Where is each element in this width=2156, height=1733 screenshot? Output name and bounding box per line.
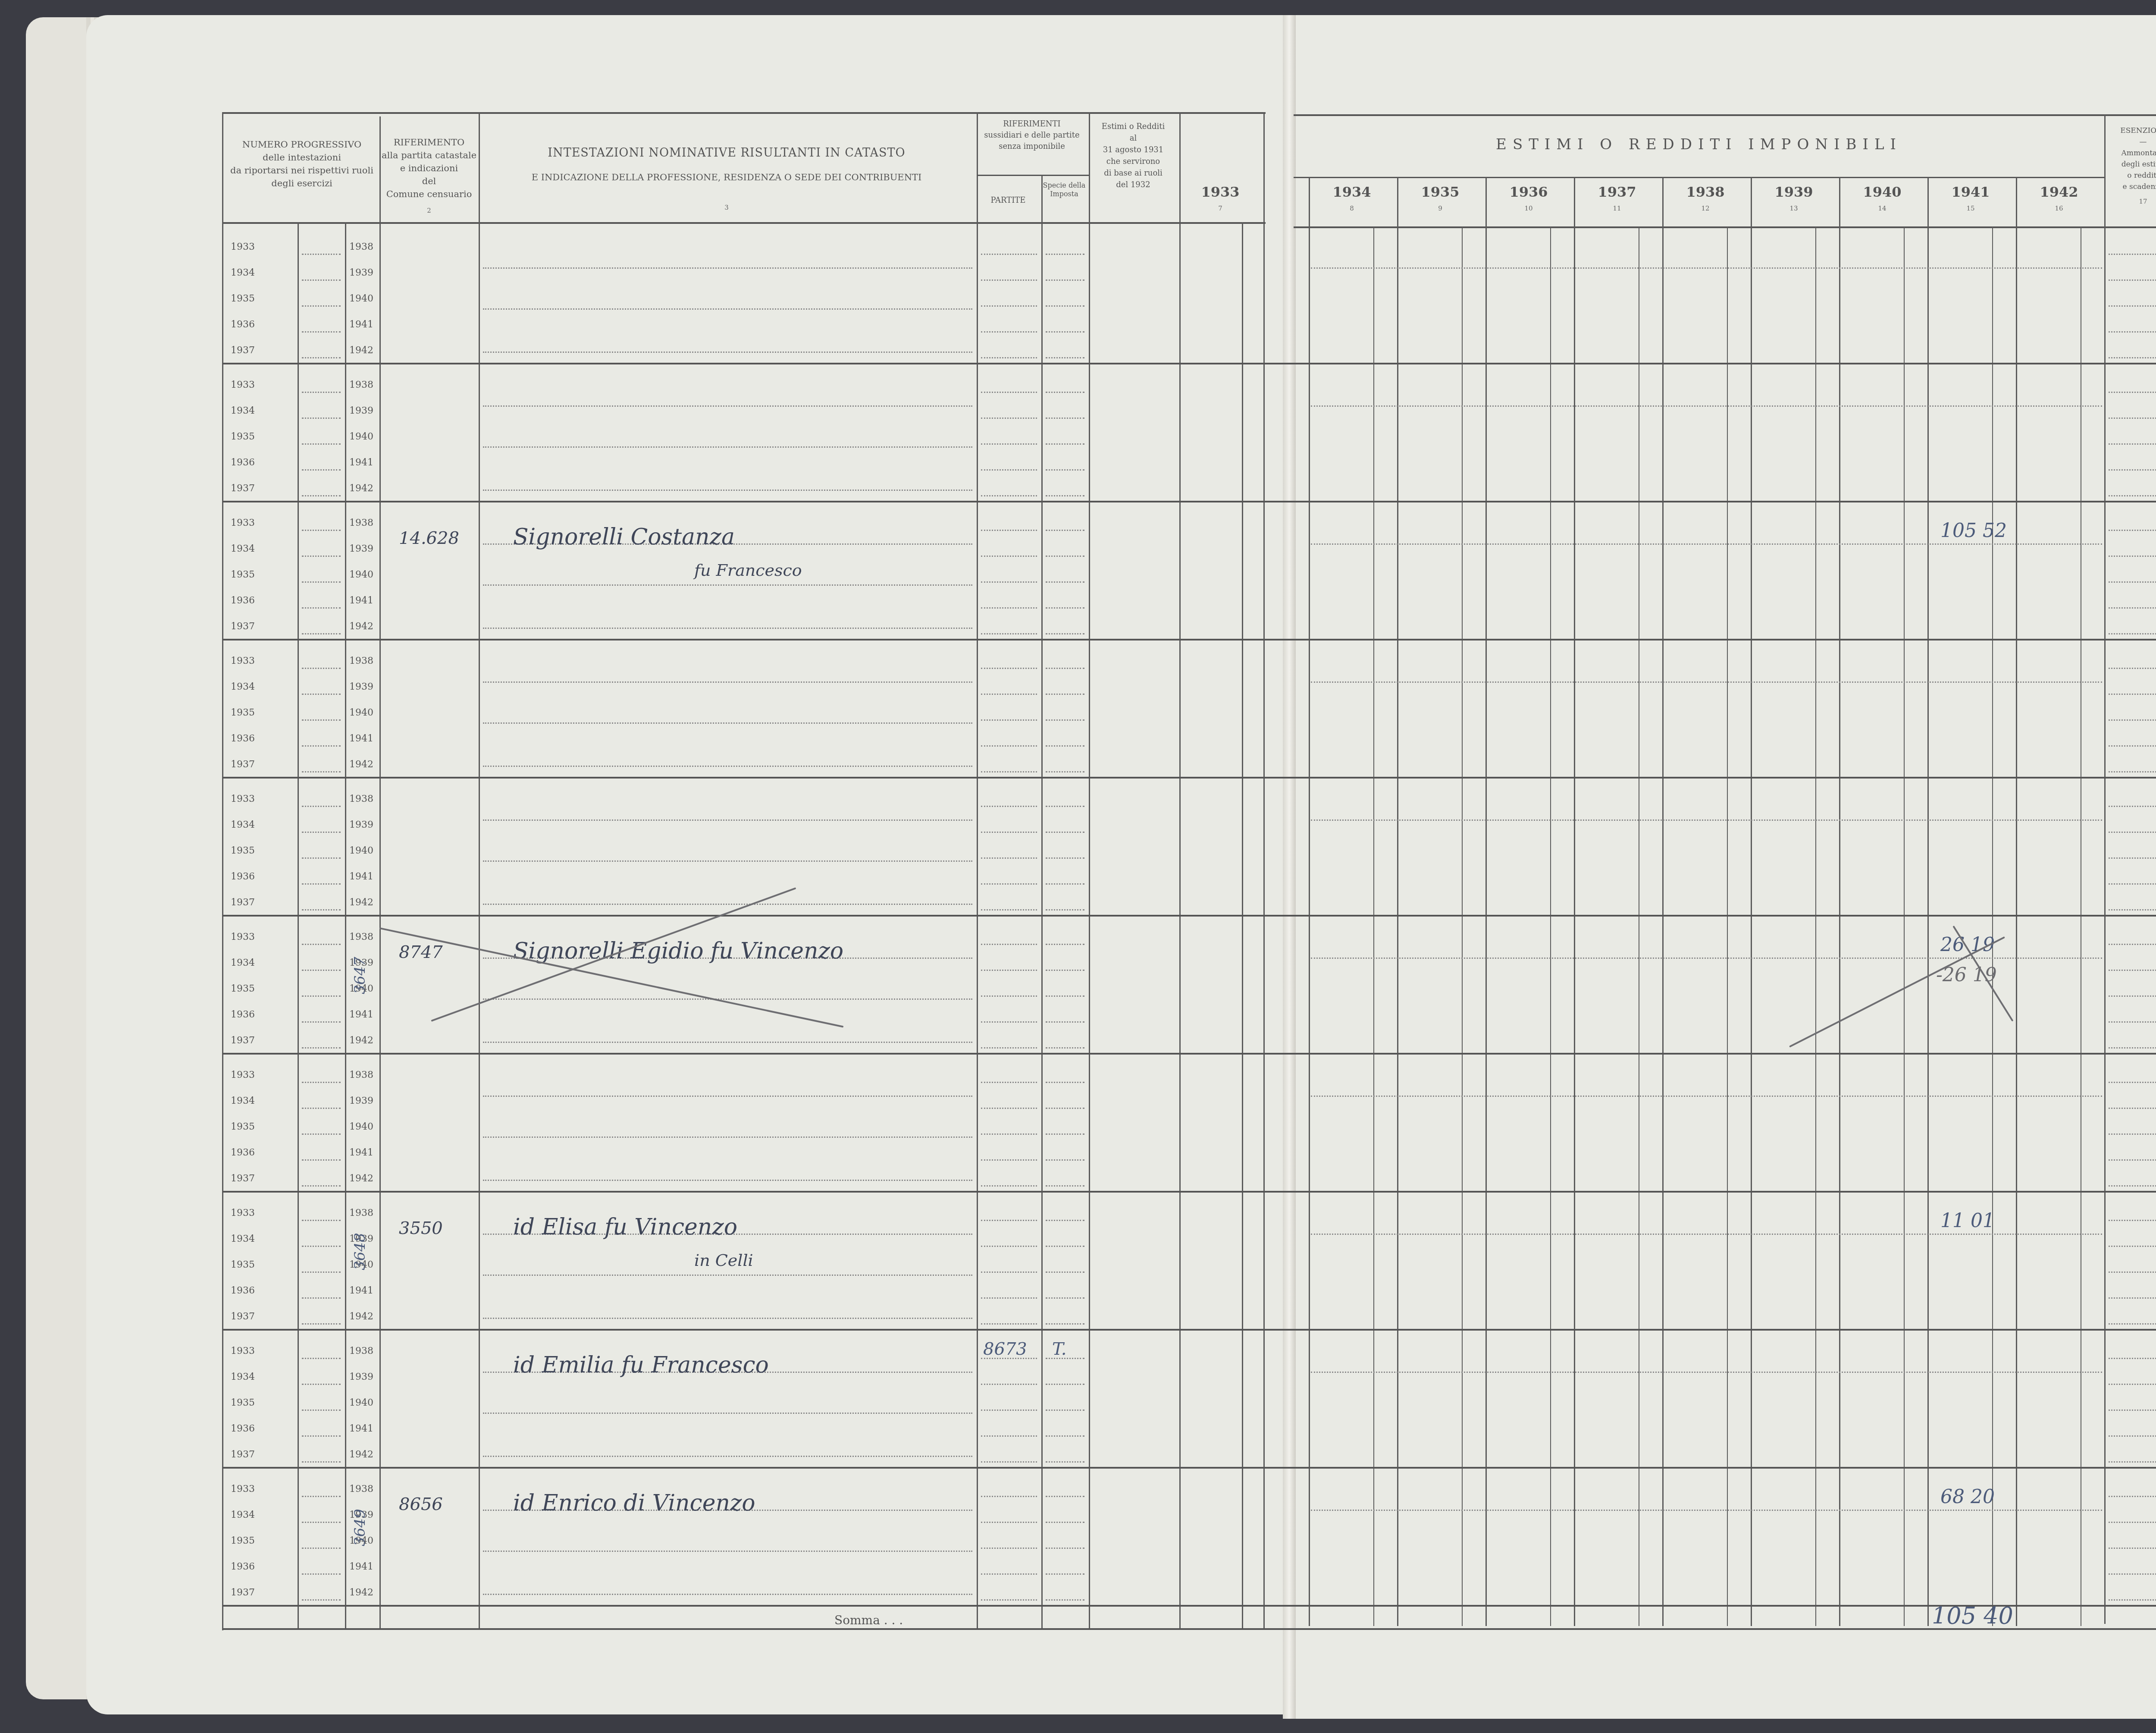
entry-block: 1933193819341939193519401936194119371942… <box>0 917 2156 1055</box>
year-label: 1938 <box>349 794 373 804</box>
side-reference: 3647 <box>351 957 369 994</box>
year-label: 1937 <box>231 1587 255 1598</box>
year-label: 1942 <box>349 897 373 908</box>
year-label: 1935 <box>231 1397 255 1408</box>
catastal-reference: 8656 <box>399 1494 443 1514</box>
header-riferimenti-sussidiari: RIFERIMENTI sussidiari e delle partite s… <box>978 119 1086 152</box>
taxpayer-name: id Emilia fu Francesco <box>513 1352 769 1378</box>
cancel-stroke <box>1789 936 2005 1048</box>
taxpayer-name: Signorelli Costanza <box>513 524 735 550</box>
year-label: 1935 <box>231 1121 255 1132</box>
year-label: 1934 <box>231 958 255 968</box>
entry-block: 1933193819341939193519401936194119371942… <box>0 1331 2156 1469</box>
year-label: 1941 <box>349 595 373 606</box>
year-label: 1941 <box>349 1009 373 1020</box>
year-label: 1933 <box>231 1484 255 1494</box>
year-label: 1940 <box>349 845 373 856</box>
entry-block: 1933193819341939193519401936194119371942… <box>0 502 2156 640</box>
header-numero-progressivo: NUMERO PROGRESSIVO delle intestazioni da… <box>229 138 375 190</box>
year-label: 1942 <box>349 621 373 632</box>
year-label: 1941 <box>349 457 373 468</box>
year-label: 1933 <box>231 1208 255 1218</box>
entry-block: 1933193819341939193519401936194119371942 <box>0 364 2156 502</box>
header-riferimento: RIFERIMENTO alla partita catastale e ind… <box>382 136 476 217</box>
year-label: 1942 <box>349 1449 373 1460</box>
catastal-reference: 8747 <box>399 942 443 962</box>
year-label: 1933 <box>231 1070 255 1080</box>
year-label: 1935 <box>231 569 255 580</box>
entry-block: 1933193819341939193519401936194119371942… <box>0 1193 2156 1331</box>
year-label: 1937 <box>231 1449 255 1460</box>
year-label: 1933 <box>231 518 255 528</box>
year-label: 1940 <box>349 1121 373 1132</box>
year-label: 1935 <box>231 845 255 856</box>
year-label: 1942 <box>349 483 373 494</box>
year-label: 1936 <box>231 319 255 330</box>
year-label: 1934 <box>231 1234 255 1244</box>
year-label: 1937 <box>231 1311 255 1322</box>
year-label: 1936 <box>231 1285 255 1296</box>
year-label: 1938 <box>349 1070 373 1080</box>
year-label: 1937 <box>231 1035 255 1046</box>
year-label: 1936 <box>231 595 255 606</box>
year-label: 1935 <box>231 431 255 442</box>
year-label: 1941 <box>349 1561 373 1572</box>
year-label: 1933 <box>231 380 255 390</box>
entry-block: 1933193819341939193519401936194119371942 <box>0 779 2156 917</box>
year-label: 1934 <box>231 1096 255 1106</box>
year-label: 1938 <box>349 656 373 666</box>
year-label: 1935 <box>231 1259 255 1270</box>
header-partite: PARTITE <box>978 194 1038 207</box>
year-label: 1933 <box>231 932 255 942</box>
year-label: 1934 <box>231 1510 255 1520</box>
year-label: 1937 <box>231 483 255 494</box>
year-label: 1933 <box>231 1346 255 1356</box>
year-label: 1940 <box>349 707 373 718</box>
year-label: 1933 <box>231 242 255 252</box>
year-label: 1939 <box>349 819 373 830</box>
year-label: 1940 <box>349 1397 373 1408</box>
year-label: 1936 <box>231 1147 255 1158</box>
year-label: 1938 <box>349 380 373 390</box>
year-label: 1937 <box>231 621 255 632</box>
year-label: 1942 <box>349 1311 373 1322</box>
year-label: 1939 <box>349 267 373 278</box>
year-label: 1935 <box>231 707 255 718</box>
year-label: 1934 <box>231 819 255 830</box>
year-label: 1942 <box>349 345 373 356</box>
year-label: 1938 <box>349 518 373 528</box>
side-reference: 3648 <box>351 1233 369 1270</box>
taxpayer-name: id Enrico di Vincenzo <box>513 1490 755 1516</box>
year-label: 1941 <box>349 1285 373 1296</box>
taxpayer-name: Signorelli Egidio fu Vincenzo <box>513 938 843 964</box>
year-label: 1939 <box>349 405 373 416</box>
year-label: 1939 <box>349 1096 373 1106</box>
year-label: 1940 <box>349 293 373 304</box>
year-label: 1938 <box>349 1484 373 1494</box>
taxpayer-name-line2: fu Francesco <box>694 561 802 580</box>
year-label: 1942 <box>349 1587 373 1598</box>
year-label: 1936 <box>231 1009 255 1020</box>
year-label: 1939 <box>349 543 373 554</box>
year-label: 1935 <box>231 983 255 994</box>
catastal-reference: 3550 <box>399 1218 443 1238</box>
year-label: 1939 <box>349 681 373 692</box>
year-label: 1942 <box>349 1035 373 1046</box>
header-estimi-redditi-imponibili: ESTIMI O REDDITI IMPONIBILI <box>1294 138 2104 153</box>
year-label: 1934 <box>231 681 255 692</box>
year-label: 1933 <box>231 656 255 666</box>
header-intestazioni: INTESTAZIONI NOMINATIVE RISULTANTI IN CA… <box>481 147 972 214</box>
year-label: 1938 <box>349 1346 373 1356</box>
total-1941: 105 40 <box>1932 1602 2013 1629</box>
year-label: 1940 <box>349 431 373 442</box>
header-esenzioni: ESENZIONI — Ammontare degli estimi o red… <box>2106 125 2156 207</box>
partite-number: 8673 <box>983 1339 1027 1359</box>
year-label: 1936 <box>231 1561 255 1572</box>
year-label: 1937 <box>231 897 255 908</box>
entry-block: 1933193819341939193519401936194119371942 <box>0 640 2156 779</box>
estimo-1941: 105 52 <box>1940 520 2007 542</box>
year-label: 1936 <box>231 1423 255 1434</box>
year-label: 1937 <box>231 759 255 770</box>
side-reference: 3649 <box>351 1509 369 1546</box>
estimo-1941: 11 01 <box>1940 1210 1995 1232</box>
header-specie-imposta: Specie della Imposta <box>1043 181 1086 198</box>
year-label: 1941 <box>349 1423 373 1434</box>
year-label: 1940 <box>349 569 373 580</box>
estimo-1941: 68 20 <box>1940 1486 1995 1508</box>
year-label: 1934 <box>231 405 255 416</box>
year-label: 1941 <box>349 733 373 744</box>
year-label: 1941 <box>349 1147 373 1158</box>
catastal-reference: 14.628 <box>399 528 459 548</box>
entry-block: 1933193819341939193519401936194119371942 <box>0 226 2156 364</box>
taxpayer-name: id Elisa fu Vincenzo <box>513 1214 737 1240</box>
year-label: 1934 <box>231 543 255 554</box>
year-label: 1933 <box>231 794 255 804</box>
year-label: 1934 <box>231 1372 255 1382</box>
year-label: 1936 <box>231 733 255 744</box>
year-label: 1934 <box>231 267 255 278</box>
entry-block: 1933193819341939193519401936194119371942 <box>0 1055 2156 1193</box>
entry-block: 1933193819341939193519401936194119371942… <box>0 1469 2156 1607</box>
year-label: 1936 <box>231 457 255 468</box>
year-label: 1935 <box>231 293 255 304</box>
year-label: 1937 <box>231 345 255 356</box>
specie-imposta: T. <box>1052 1339 1067 1359</box>
year-label: 1938 <box>349 242 373 252</box>
header-year-1933: 1933 7 <box>1181 185 1259 215</box>
year-label: 1941 <box>349 319 373 330</box>
year-label: 1938 <box>349 1208 373 1218</box>
year-label: 1942 <box>349 1173 373 1184</box>
header-estimi-1931: Estimi o Redditi al 31 agosto 1931 che s… <box>1090 121 1176 191</box>
year-label: 1942 <box>349 759 373 770</box>
taxpayer-name-line2: in Celli <box>694 1251 753 1270</box>
year-label: 1936 <box>231 871 255 882</box>
year-label: 1939 <box>349 1372 373 1382</box>
year-label: 1941 <box>349 871 373 882</box>
year-label: 1935 <box>231 1535 255 1546</box>
year-label: 1938 <box>349 932 373 942</box>
year-label: 1937 <box>231 1173 255 1184</box>
total-label: Somma . . . <box>834 1613 903 1627</box>
